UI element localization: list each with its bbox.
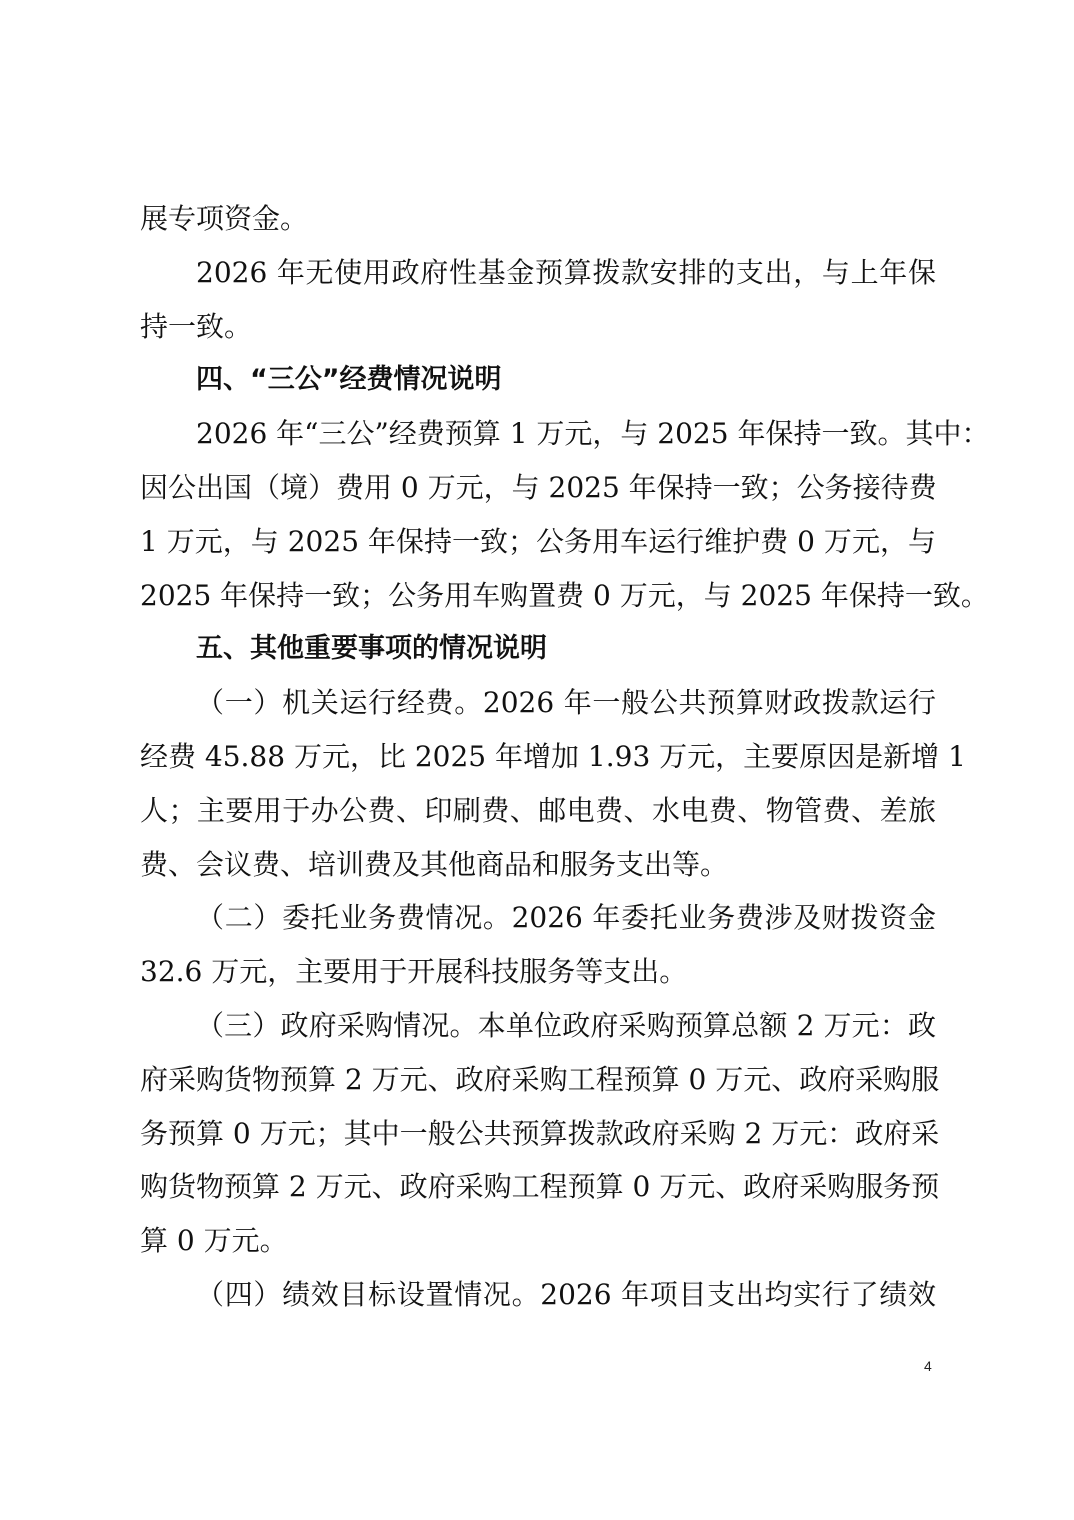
paragraph-line: 购货物预算 2 万元、政府采购工程预算 0 万元、政府采购服务预 <box>140 1160 936 1214</box>
paragraph-line: （一）机关运行经费。2026 年一般公共预算财政拨款运行 <box>140 676 936 730</box>
paragraph-line: 算 0 万元。 <box>140 1214 936 1268</box>
section-heading-four: 四、“三公”经费情况说明 <box>140 353 936 407</box>
paragraph-line: 展专项资金。 <box>140 192 936 246</box>
paragraph-line: 持一致。 <box>140 300 936 354</box>
paragraph-line: 2026 年“三公”经费预算 1 万元，与 2025 年保持一致。其中： <box>140 407 936 461</box>
document-body: 展专项资金。 2026 年无使用政府性基金预算拨款安排的支出，与上年保 持一致。… <box>140 192 936 1322</box>
paragraph-line: 2025 年保持一致；公务用车购置费 0 万元，与 2025 年保持一致。 <box>140 569 936 623</box>
paragraph-line: 2026 年无使用政府性基金预算拨款安排的支出，与上年保 <box>140 246 936 300</box>
paragraph-line: 府采购货物预算 2 万元、政府采购工程预算 0 万元、政府采购服 <box>140 1053 936 1107</box>
paragraph-line: 32.6 万元，主要用于开展科技服务等支出。 <box>140 945 936 999</box>
paragraph-line: （二）委托业务费情况。2026 年委托业务费涉及财拨资金 <box>140 891 936 945</box>
paragraph-line: （四）绩效目标设置情况。2026 年项目支出均实行了绩效 <box>140 1268 936 1322</box>
document-page: 展专项资金。 2026 年无使用政府性基金预算拨款安排的支出，与上年保 持一致。… <box>0 0 1074 1520</box>
paragraph-line: 1 万元，与 2025 年保持一致；公务用车运行维护费 0 万元，与 <box>140 515 936 569</box>
paragraph-line: 经费 45.88 万元，比 2025 年增加 1.93 万元，主要原因是新增 1 <box>140 730 936 784</box>
paragraph-line: 费、会议费、培训费及其他商品和服务支出等。 <box>140 838 936 892</box>
paragraph-line: （三）政府采购情况。本单位政府采购预算总额 2 万元：政 <box>140 999 936 1053</box>
page-number: 4 <box>924 1358 932 1374</box>
paragraph-line: 务预算 0 万元；其中一般公共预算拨款政府采购 2 万元：政府采 <box>140 1107 936 1161</box>
paragraph-line: 人；主要用于办公费、印刷费、邮电费、水电费、物管费、差旅 <box>140 784 936 838</box>
paragraph-line: 因公出国（境）费用 0 万元，与 2025 年保持一致；公务接待费 <box>140 461 936 515</box>
section-heading-five: 五、其他重要事项的情况说明 <box>140 622 936 676</box>
